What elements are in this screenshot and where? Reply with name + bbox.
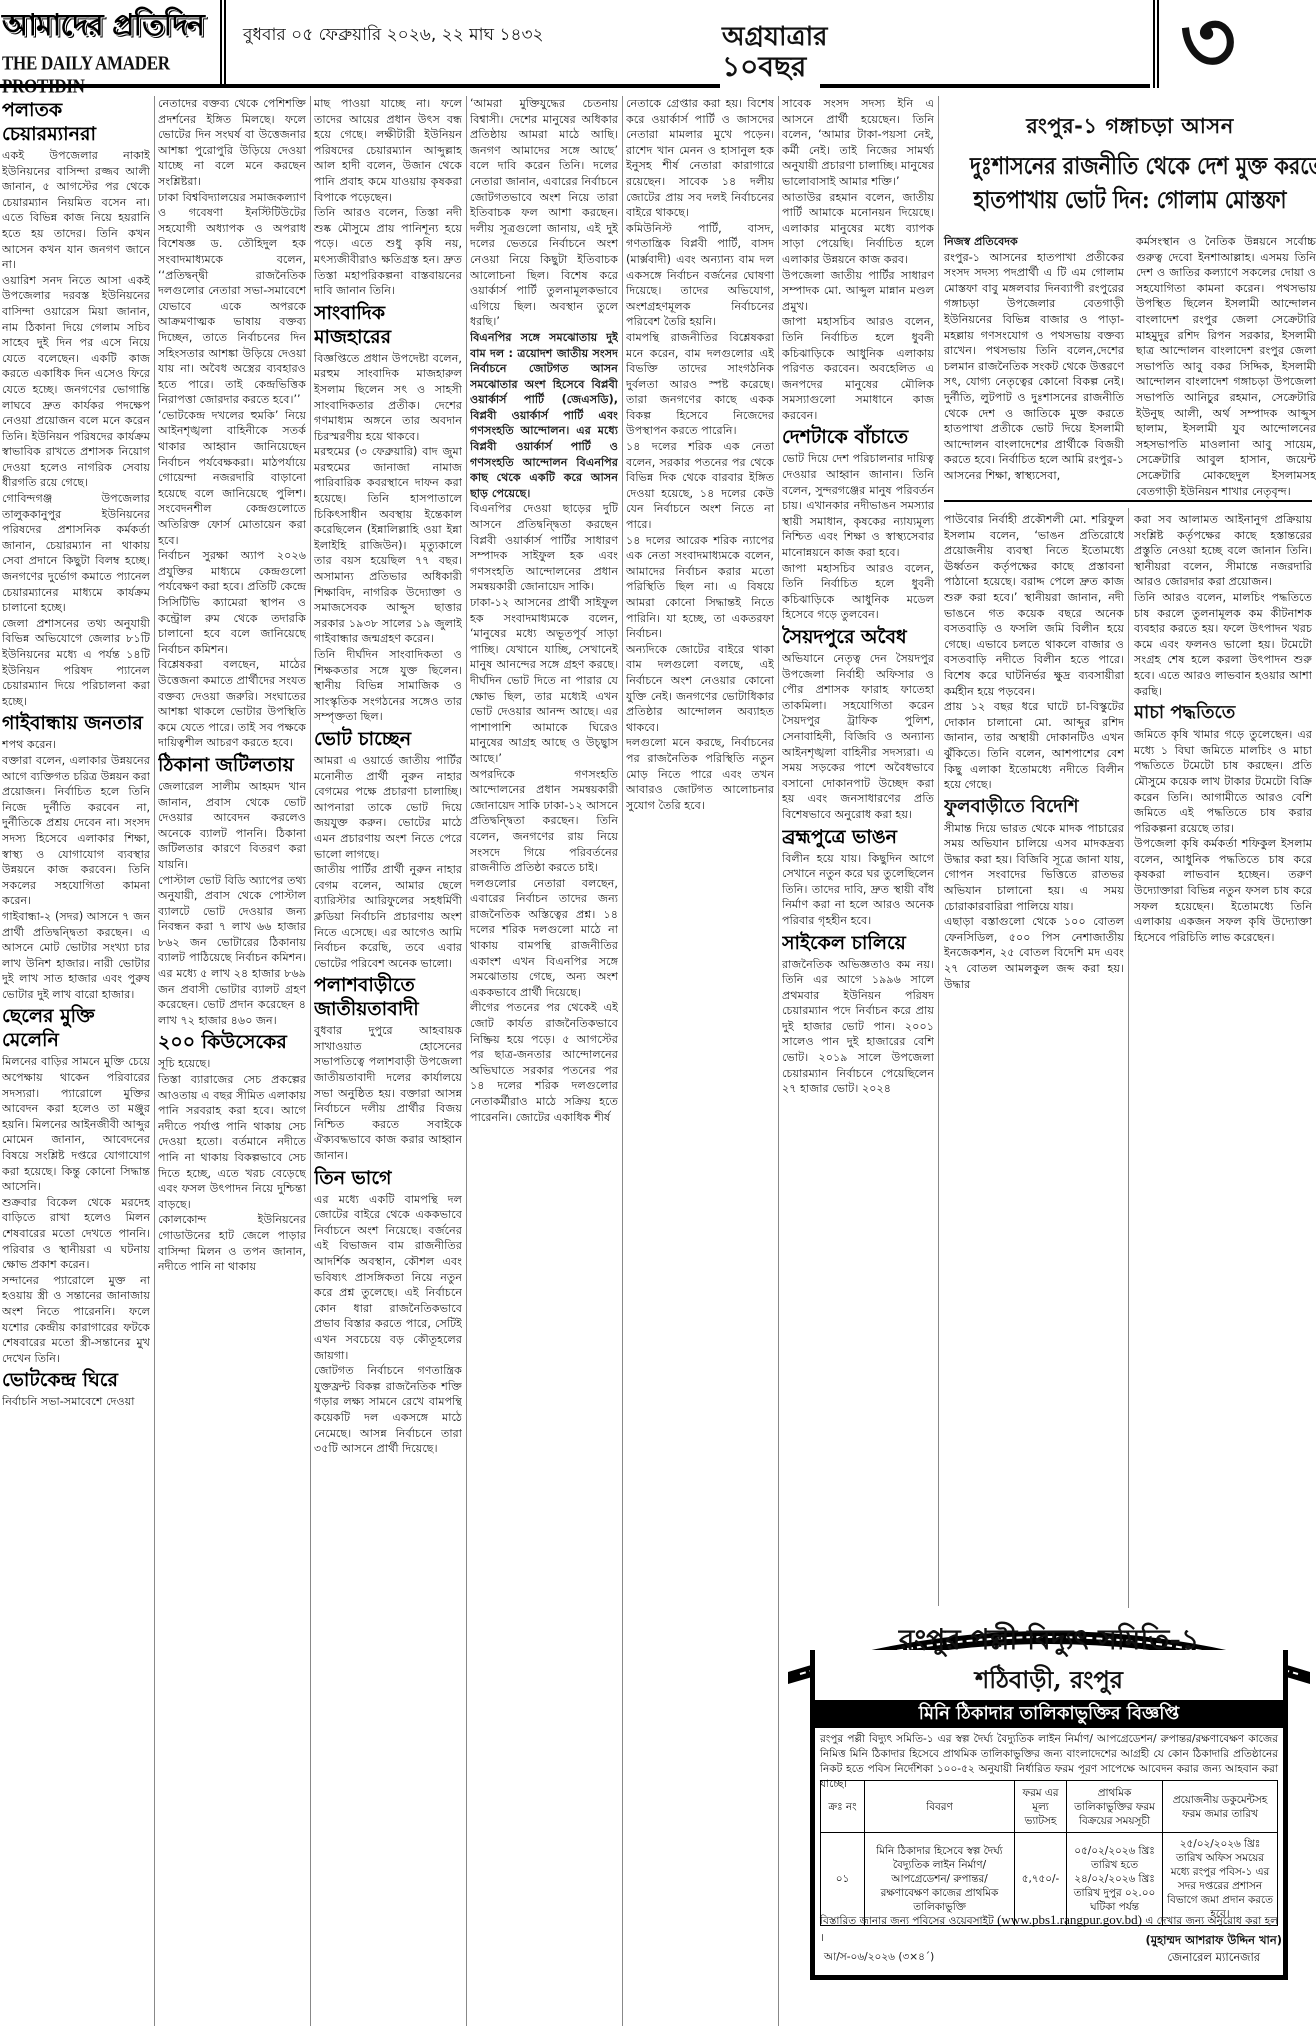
column-divider — [466, 96, 467, 2026]
article-paragraph: তিস্তা ব্যারাজের সেচ প্রকল্পের আওতায় এ … — [158, 1072, 306, 1212]
section-heading[interactable]: পলাশবাড়ীতে জাতীয়তাবাদী — [314, 973, 462, 1021]
article-paragraph: ‘ভোটকেন্দ্র দখলের হুমকি’ নিয়ে আইনশৃঙ্খল… — [158, 408, 306, 548]
details-prefix: বিস্তারিত জানার জন্য পবিসের ওয়েবসাইট — [820, 1915, 994, 1927]
anniversary-line1: অগ্রযাত্রার — [722, 22, 827, 52]
article-paragraph: বুধবার দুপুরে আহবায়ক সাখাওয়াত হোসেনের … — [314, 1023, 462, 1163]
section-heading[interactable]: ছেলের মুক্তি মেলেনি — [2, 1004, 150, 1052]
article-paragraph: ঢাকা বিশ্ববিদ্যালয়ের সমাজকল্যাণ ও গবেষণ… — [158, 190, 306, 408]
article-paragraph: ১৪ দলের আরেক শরিক ন্যাপের এক নেতা সংবাদম… — [626, 533, 774, 642]
ad-notice-title: মিনি ঠিকাদার তালিকাভুক্তির বিজ্ঞপ্তি — [815, 1700, 1283, 1728]
lead-headline-2[interactable]: হাতপাখায় ভোট দিন: গোলাম মোস্তফা — [970, 183, 1290, 217]
article-paragraph: উপজেলা জাতীয় পার্টির সাধারণ সম্পাদক মো.… — [782, 268, 934, 315]
article-paragraph: একই উপজেলার নাকাই ইউনিয়নের বাসিন্দা রজ্… — [2, 148, 150, 273]
article-paragraph: আমরা এ ওয়ার্ডে জাতীয় পার্টির মনোনীত প্… — [314, 753, 462, 862]
logo-english: THE DAILY AMADER PROTIDIN — [2, 52, 217, 98]
article-paragraph: নেতাদের বক্তব্য থেকে পেশিশক্তি প্রদর্শনে… — [158, 96, 306, 190]
article-paragraph: অভিযানে নেতৃত্ব দেন সৈয়দপুর উপজেলা নির্… — [782, 651, 934, 823]
masthead-divider — [220, 0, 226, 88]
article-paragraph: নেতাকে গ্রেপ্তার করা হয়। বিশেষ করে ওয়া… — [626, 96, 774, 221]
lead-paragraph: রংপুর-১ আসনের হাতপাখা প্রতীকের সংসদ সদস্… — [944, 250, 1124, 484]
article-paragraph: পোস্টাল ভোট বিডি অ্যাপের তথ্য অনুযায়ী, … — [158, 873, 306, 1029]
article-paragraph: পাউবোর নির্বাহী প্রকৌশলী মো. শরিফুল ইসলা… — [944, 512, 1124, 699]
section-heading[interactable]: মাচা পদ্ধতিতে — [1134, 701, 1312, 725]
lead-story: রংপুর-১ গঙ্গাচড়া আসন দুঃশাসনের রাজনীতি … — [944, 96, 1316, 217]
article-paragraph: ঢাকা-১২ আসনের প্রার্থী সাইফুল হক সংবাদমা… — [470, 595, 618, 767]
column-divider — [310, 96, 311, 2026]
article-paragraph: করা সব আলামত আইনানুগ প্রক্রিয়ায় সংশ্লি… — [1134, 512, 1312, 590]
masthead: আমাদের প্রতিদিন THE DAILY AMADER PROTIDI… — [0, 0, 1316, 88]
byline: নিজস্ব প্রতিবেদক — [944, 234, 1124, 250]
table-header: ক্রঃ নং — [821, 1781, 865, 1833]
column-divider — [1128, 508, 1129, 1608]
article-paragraph: ওয়ারিশ সনদ নিতে আসা একই উপজেলার দরবস্ত … — [2, 273, 150, 491]
ad-reference: আ/স-০৬/২০২৬ (৩×৪´) — [824, 1950, 934, 1967]
ad-location: শঠিবাড়ী, রংপুর — [788, 1662, 1310, 1702]
ad-signatory: (মুহাম্মদ আশরাফ উদ্দিন খান) জেনারেল ম্যা… — [1145, 1932, 1282, 1966]
article-paragraph: মরহুমের (৩ ফেব্রুয়ারি) বাদ জুমা মরহুমের… — [314, 444, 462, 647]
masthead-divider — [1153, 0, 1159, 88]
article-paragraph: দলগুলোর নেতারা বলছেন, এবারের নির্বাচন তা… — [470, 876, 618, 1001]
text-column-1: পলাতক চেয়ারম্যানরাএকই উপজেলার নাকাই ইউন… — [2, 96, 150, 2026]
article-paragraph: লীগের পতনের পর থেকেই এই জোট কার্যত রাজনৈ… — [470, 1000, 618, 1125]
column-divider — [154, 96, 155, 2026]
article-paragraph: আতাউর রহমান বলেন, জাতীয় পার্টি আমাকে মন… — [782, 190, 934, 268]
anniversary-badge: অগ্রযাত্রার ১০বছর — [722, 22, 827, 82]
website-link[interactable]: (www.pbs1.rangpur.gov.bd) — [997, 1912, 1142, 1927]
article-paragraph: জাপা মহাসচিব আরও বলেন, তিনি নির্বাচিত হল… — [782, 561, 934, 623]
article-paragraph: রাজনৈতিক অভিজ্ঞতাও কম নয়। তিনি এর আগে ১… — [782, 957, 934, 1097]
right-column-1: পাউবোর নির্বাহী প্রকৌশলী মো. শরিফুল ইসলা… — [944, 512, 1124, 1612]
article-paragraph: ১৪ দলের শরিক এক নেতা বলেন, সরকার পতনের প… — [626, 439, 774, 533]
section-heading[interactable]: দেশটাকে বাঁচাতে — [782, 425, 934, 449]
section-heading[interactable]: তিন ভাগে — [314, 1166, 462, 1190]
article-paragraph: মিলনের বাড়ির সামনে মুক্তি চেয়ে অপেক্ষা… — [2, 1054, 150, 1194]
article-paragraph: সন্দানের প্যারোলে মুক্ত না হওয়ায় স্ত্র… — [2, 1273, 150, 1367]
article-paragraph: ভোট দিয়ে দেশ পরিচালনার দায়িত্ব দেওয়ার… — [782, 451, 934, 560]
masthead-rule — [0, 84, 720, 88]
text-column-3: মাছ পাওয়া যাচ্ছে না। ফলে তাদের আয়ের প্… — [314, 96, 462, 2026]
section-rule — [944, 500, 1312, 502]
article-paragraph: তিনি আরও বলেন, তিস্তা নদী শুষ্ক মৌসুমে প… — [314, 205, 462, 299]
article-paragraph: মাছ পাওয়া যাচ্ছে না। ফলে তাদের আয়ের প্… — [314, 96, 462, 205]
article-paragraph: জাতীয় পার্টির প্রার্থী নুরুন নাহার বেগম… — [314, 862, 462, 971]
lead-body: নিজস্ব প্রতিবেদক রংপুর-১ আসনের হাতপাখা প… — [944, 234, 1316, 499]
article-paragraph: নির্বাচন সুরক্ষা অ্যাপ ২০২৬ প্রযুক্তির ম… — [158, 548, 306, 657]
ad-org-title: রংপুর পল্লী বিদ্যুৎ সমিতি-১ — [788, 1618, 1310, 1665]
article-paragraph: গাইবান্ধা-২ (সদর) আসনে ৭ জন প্রার্থী প্র… — [2, 909, 150, 1003]
article-paragraph: বিজ্ঞপ্তিতে প্রধান উপদেষ্টা বলেন, মরহুম … — [314, 351, 462, 445]
lead-headline-1[interactable]: দুঃশাসনের রাজনীতি থেকে দেশ মুক্ত করতে — [970, 149, 1290, 183]
table-header: প্রাথমিক তালিকাভুক্তির ফরম বিক্রয়ের সময… — [1067, 1781, 1163, 1833]
article-paragraph: সাবেক সংসদ সদস্য ইনি এ আসনে প্রার্থী হয়… — [782, 96, 934, 190]
lead-paragraph: কর্মসংস্থান ও নৈতিক উন্নয়নে সর্বোচ্চ গু… — [1136, 234, 1316, 499]
article-paragraph: জোটগত নির্বাচনে গণতান্ত্রিক যুক্তফ্রন্ট … — [314, 1363, 462, 1457]
article-paragraph: জাপা মহাসচিব আরও বলেন, তিনি নির্বাচিত হল… — [782, 314, 934, 423]
article-paragraph: উপজেলা কৃষি কর্মকর্তা শফিকুল ইসলাম বলেন,… — [1134, 836, 1312, 945]
article-paragraph: প্রায় ১২ বছর ধরে ঘাটে চা-বিস্কুটের দোকা… — [944, 699, 1124, 793]
column-divider — [778, 96, 779, 2026]
section-heading[interactable]: সৈয়দপুরে অবৈধ — [782, 625, 934, 649]
page-number: ৩ — [1180, 0, 1236, 90]
lead-kicker: রংপুর-১ গঙ্গাচড়া আসন — [944, 110, 1316, 145]
article-paragraph: তিনি আরও বলেন, মালচিং পদ্ধতিতে চাষ করলে … — [1134, 590, 1312, 699]
table-header: ফরম এর মূল্য ভ্যাটসহ — [1015, 1781, 1067, 1833]
column-divider — [938, 96, 939, 1606]
section-heading[interactable]: গাইবান্ধায় জনতার — [2, 711, 150, 735]
article-paragraph: অন্যদিকে জোটের বাইরে থাকা বাম দলগুলো বলছ… — [626, 642, 774, 736]
section-heading[interactable]: সাংবাদিক মাজহারের — [314, 301, 462, 349]
section-heading[interactable]: সাইকেল চালিয়ে — [782, 931, 934, 955]
article-paragraph: শপথ করেন। — [2, 737, 150, 753]
lead-col-b: কর্মসংস্থান ও নৈতিক উন্নয়নে সর্বোচ্চ গু… — [1136, 234, 1316, 499]
section-heading[interactable]: ফুলবাড়ীতে বিদেশি — [944, 795, 1124, 819]
ad-table: ক্রঃ নং বিবরণ ফরম এর মূল্য ভ্যাটসহ প্রাথ… — [820, 1780, 1278, 1926]
table-header: প্রয়োজনীয় ডকুমেন্টসহ ফরম জমার তারিখ — [1163, 1781, 1278, 1833]
right-column-2: করা সব আলামত আইনানুগ প্রক্রিয়ায় সংশ্লি… — [1134, 512, 1312, 1612]
tender-advertisement: রংপুর পল্লী বিদ্যুৎ সমিতি-১ শঠিবাড়ী, রং… — [788, 1610, 1310, 1980]
section-heading[interactable]: ভোট চাচ্ছেন — [314, 727, 462, 751]
article-paragraph: তিনি দীর্ঘদিন সাংবাদিকতা ও শিক্ষকতার সঙ্… — [314, 647, 462, 725]
article-paragraph: বিএনপির দেওয়া ছাড়ের দুটি আসনে প্রতিদ্ব… — [470, 501, 618, 595]
text-column-2: নেতাদের বক্তব্য থেকে পেশিশক্তি প্রদর্শনে… — [158, 96, 306, 2026]
column-divider — [622, 96, 623, 2026]
signatory-name: (মুহাম্মদ আশরাফ উদ্দিন খান) — [1145, 1932, 1282, 1949]
section-heading[interactable]: ঠিকানা জটিলতায় — [158, 753, 306, 777]
article-paragraph: বিশ্লেষকরা বলছেন, মাঠের উত্তেজনা কমাতে প… — [158, 657, 306, 751]
article-paragraph: কোলকোন্দ ইউনিয়নের গোডাউনের হাট জেলে পাড… — [158, 1212, 306, 1274]
article-paragraph: বিএনপির সঙ্গে সমঝোতায় দুই বাম দল : ত্রয… — [470, 330, 618, 502]
article-paragraph: জেলা প্রশাসনের তথ্য অনুযায়ী বিভিন্ন অভি… — [2, 616, 150, 710]
article-paragraph: অপরদিকে গণসংহতি আন্দোলনের প্রধান সমন্বয়… — [470, 767, 618, 876]
article-paragraph: সীমান্ত দিয়ে ভারত থেকে মাদক পাচারের সময… — [944, 821, 1124, 915]
text-column-6: সাবেক সংসদ সদস্য ইনি এ আসনে প্রার্থী হয়… — [782, 96, 934, 1606]
article-paragraph: বক্তারা বলেন, এলাকার উন্নয়নের আগে ব্যক্… — [2, 753, 150, 909]
signatory-role: জেনারেল ম্যানেজার — [1145, 1949, 1282, 1966]
masthead-rule — [820, 84, 1150, 88]
lead-col-a: নিজস্ব প্রতিবেদক রংপুর-১ আসনের হাতপাখা প… — [944, 234, 1124, 499]
anniversary-line2: ১০বছর — [722, 52, 827, 82]
article-paragraph: জেলারেল সালীম আহমদ খান জানান, প্রবাস থেক… — [158, 779, 306, 873]
article-paragraph: দলগুলো মনে করছে, নির্বাচনের পর রাজনৈতিক … — [626, 735, 774, 813]
article-paragraph: জমিতে কৃষি খামার গড়ে তুলেছেন। এর মধ্যে … — [1134, 727, 1312, 836]
text-column-5: নেতাকে গ্রেপ্তার করা হয়। বিশেষ করে ওয়া… — [626, 96, 774, 2026]
article-paragraph: গোবিন্দগঞ্জ উপজেলার তালুককানুপুর ইউনিয়ন… — [2, 491, 150, 616]
article-paragraph: এর মধ্যে একটি বামপন্থি দল জোটের বাইরে থে… — [314, 1192, 462, 1364]
section-heading[interactable]: ব্রহ্মপুত্রে ভাঙন — [782, 825, 934, 849]
table-header: বিবরণ — [865, 1781, 1015, 1833]
logo-bengali: আমাদের প্রতিদিন — [2, 6, 217, 46]
article-paragraph: নির্বাচনি সভা-সমাবেশে দেওয়া — [2, 1394, 150, 1410]
section-heading[interactable]: ২০০ কিউসেকের — [158, 1030, 306, 1054]
newspaper-logo[interactable]: আমাদের প্রতিদিন THE DAILY AMADER PROTIDI… — [2, 6, 217, 92]
section-heading[interactable]: ভোটকেন্দ্র ঘিরে — [2, 1368, 150, 1392]
table-header-row: ক্রঃ নং বিবরণ ফরম এর মূল্য ভ্যাটসহ প্রাথ… — [821, 1781, 1278, 1833]
article-paragraph: বিলীন হয়ে যায়। কিছুদিন আগে সেখানে নতুন… — [782, 851, 934, 929]
article-paragraph: বামপন্থি রাজনীতির বিশ্লেষকরা মনে করেন, ব… — [626, 330, 774, 439]
issue-date: বুধবার ০৫ ফেব্রুয়ারি ২০২৬, ২২ মাঘ ১৪৩২ — [243, 22, 544, 50]
article-paragraph: শুক্রবার বিকেল থেকে মরদেহ বাড়িতে রাখা হ… — [2, 1195, 150, 1273]
article-paragraph: সূচি হয়েছে। — [158, 1056, 306, 1072]
article-paragraph: ‘আমরা মুক্তিযুদ্ধের চেতনায় বিশ্বাসী। দে… — [470, 96, 618, 330]
text-column-4: ‘আমরা মুক্তিযুদ্ধের চেতনায় বিশ্বাসী। দে… — [470, 96, 618, 2026]
article-paragraph: এছাড়া বস্তাগুলো থেকে ১০০ বোতল ফেনসিডিল,… — [944, 914, 1124, 992]
article-paragraph: কমিউনিস্ট পার্টি, বাসদ, গণতান্ত্রিক বিপ্… — [626, 221, 774, 330]
section-heading[interactable]: পলাতক চেয়ারম্যানরা — [2, 98, 150, 146]
